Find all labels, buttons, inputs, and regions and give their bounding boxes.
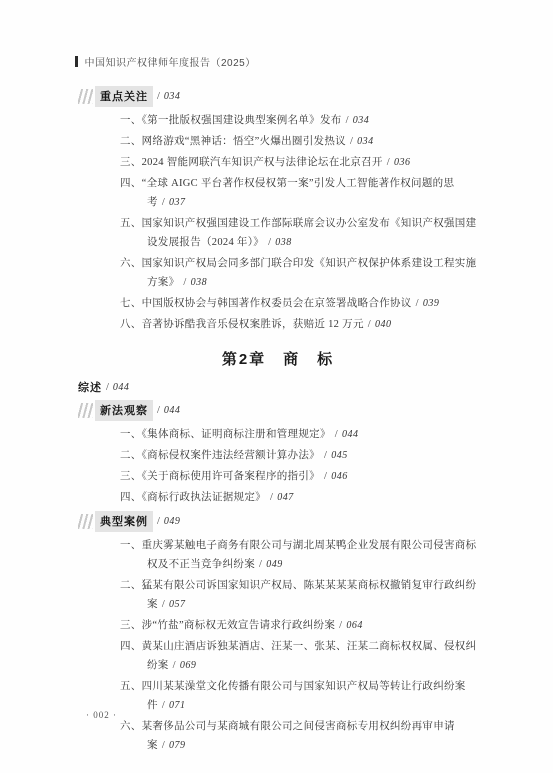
entry-separator: / — [162, 599, 165, 610]
entry-title: 猛某有限公司诉国家知识产权局、陈某某某某商标权撤销复审行政纠纷案 — [142, 580, 477, 610]
entry-page-number: 038 — [191, 277, 208, 288]
toc-entry: 一、《集体商标、证明商标注册和管理规定》/044 — [120, 425, 481, 444]
entry-title: 涉“竹盐”商标权无效宣告请求行政纠纷案 — [142, 620, 336, 631]
label-separator: / — [106, 382, 109, 393]
section-page-number: 049 — [164, 516, 181, 527]
entry-title: 四川某某澡堂文化传播有限公司与国家知识产权局等转让行政纠纷案件 — [142, 681, 466, 711]
entry-separator: / — [270, 492, 273, 503]
entry-number: 四、 — [120, 492, 142, 503]
entry-title: 中国版权协会与韩国著作权委员会在京签署战略合作协议 — [142, 298, 412, 309]
entry-separator: / — [335, 429, 338, 440]
toc-entry: 一、重庆雾某触电子商务有限公司与湖北周某鸭企业发展有限公司侵害商标权及不正当竞争… — [120, 536, 481, 574]
entry-number: 二、 — [120, 580, 142, 591]
section-focus-label-row: 重点关注 / 034 — [78, 88, 481, 105]
entry-page-number: 040 — [375, 319, 392, 330]
toc-entry: 一、《第一批版权强国建设典型案例名单》发布/034 — [120, 111, 481, 130]
entry-page-number: 046 — [331, 471, 348, 482]
toc-entry: 五、国家知识产权强国建设工作部际联席会议办公室发布《知识产权强国建设发展报告（2… — [120, 214, 481, 252]
overview-row: 综述 / 044 — [78, 379, 481, 395]
entry-separator: / — [350, 136, 353, 147]
entry-number: 五、 — [120, 681, 142, 692]
book-toc-page: 中国知识产权律师年度报告（2025） 重点关注 / 034 一、《第一批版权强国… — [0, 0, 553, 773]
toc-entry: 二、猛某有限公司诉国家知识产权局、陈某某某某商标权撤销复审行政纠纷案/057 — [120, 576, 481, 614]
entry-page-number: 044 — [342, 429, 359, 440]
entry-separator: / — [346, 115, 349, 126]
toc-entry: 四、《商标行政执法证据规定》/047 — [120, 488, 481, 507]
hatch-stripes-icon — [78, 89, 93, 104]
toc-entry: 四、“全球 AIGC 平台著作权侵权第一案”引发人工智能著作权问题的思考/037 — [120, 174, 481, 212]
entry-page-number: 039 — [423, 298, 440, 309]
entry-number: 三、 — [120, 471, 142, 482]
entry-page-number: 034 — [357, 136, 374, 147]
entry-number: 四、 — [120, 178, 142, 189]
entry-page-number: 057 — [169, 599, 186, 610]
entry-title: 音著协诉酷我音乐侵权案胜诉，获赔近 12 万元 — [142, 319, 364, 330]
toc-entry: 二、网络游戏“黑神话：悟空”火爆出圈引发热议/034 — [120, 132, 481, 151]
entry-number: 七、 — [120, 298, 142, 309]
label-separator: / — [157, 405, 160, 416]
section-newlaw-label-row: 新法观察 / 044 — [78, 402, 481, 419]
new-law-entry-list: 一、《集体商标、证明商标注册和管理规定》/044 二、《商标侵权案件违法经营额计… — [120, 425, 481, 507]
entry-separator: / — [339, 620, 342, 631]
entry-separator: / — [324, 450, 327, 461]
entry-number: 三、 — [120, 620, 142, 631]
entry-number: 一、 — [120, 429, 142, 440]
running-header: 中国知识产权律师年度报告（2025） — [75, 55, 481, 68]
cases-entry-list: 一、重庆雾某触电子商务有限公司与湖北周某鸭企业发展有限公司侵害商标权及不正当竞争… — [120, 536, 481, 755]
entry-title: 网络游戏“黑神话：悟空”火爆出圈引发热议 — [142, 136, 346, 147]
entry-number: 一、 — [120, 115, 142, 126]
section-page-number: 044 — [164, 405, 181, 416]
entry-separator: / — [368, 319, 371, 330]
section-page-number: 034 — [164, 91, 181, 102]
toc-entry: 四、黄某山庄酒店诉独某酒店、汪某一、张某、汪某二商标权权属、侵权纠纷案/069 — [120, 637, 481, 675]
entry-title: 2024 智能网联汽车知识产权与法律论坛在北京召开 — [142, 157, 383, 168]
entry-title: 国家知识产权强国建设工作部际联席会议办公室发布《知识产权强国建设发展报告（202… — [142, 218, 477, 248]
entry-page-number: 047 — [277, 492, 294, 503]
chapter-2-heading: 第2章 商 标 — [75, 348, 481, 369]
entry-separator: / — [162, 197, 165, 208]
entry-number: 一、 — [120, 540, 142, 551]
focus-entry-list: 一、《第一批版权强国建设典型案例名单》发布/034 二、网络游戏“黑神话：悟空”… — [120, 111, 481, 334]
entry-page-number: 045 — [331, 450, 348, 461]
toc-entry: 七、中国版权协会与韩国著作权委员会在京签署战略合作协议/039 — [120, 294, 481, 313]
entry-number: 八、 — [120, 319, 142, 330]
toc-entry: 三、涉“竹盐”商标权无效宣告请求行政纠纷案/064 — [120, 616, 481, 635]
entry-page-number: 071 — [169, 700, 186, 711]
page-content: 中国知识产权律师年度报告（2025） 重点关注 / 034 一、《第一批版权强国… — [75, 55, 481, 757]
entry-number: 四、 — [120, 641, 142, 652]
entry-page-number: 064 — [346, 620, 363, 631]
entry-separator: / — [173, 660, 176, 671]
entry-title: 《商标行政执法证据规定》 — [142, 492, 266, 503]
toc-entry: 二、《商标侵权案件违法经营额计算办法》/045 — [120, 446, 481, 465]
entry-number: 五、 — [120, 218, 142, 229]
overview-page-number: 044 — [113, 382, 130, 393]
entry-page-number: 034 — [353, 115, 370, 126]
section-label-focus: 重点关注 — [95, 86, 153, 107]
entry-page-number: 049 — [266, 559, 283, 570]
entry-title: 《商标侵权案件违法经营额计算办法》 — [142, 450, 320, 461]
entry-number: 三、 — [120, 157, 142, 168]
entry-page-number: 038 — [275, 237, 292, 248]
toc-entry: 六、某奢侈品公司与某商城有限公司之间侵害商标专用权纠纷再审申请案/079 — [120, 717, 481, 755]
section-label-new-law: 新法观察 — [95, 400, 153, 421]
entry-number: 二、 — [120, 136, 142, 147]
hatch-stripes-icon — [78, 514, 93, 529]
entry-page-number: 036 — [394, 157, 411, 168]
toc-entry: 三、《关于商标使用许可备案程序的指引》/046 — [120, 467, 481, 486]
entry-separator: / — [324, 471, 327, 482]
entry-title: 重庆雾某触电子商务有限公司与湖北周某鸭企业发展有限公司侵害商标权及不正当竞争纠纷… — [142, 540, 477, 570]
section-label-cases: 典型案例 — [95, 511, 153, 532]
entry-separator: / — [162, 700, 165, 711]
section-cases-label-row: 典型案例 / 049 — [78, 513, 481, 530]
overview-label: 综述 — [78, 379, 102, 395]
entry-separator: / — [268, 237, 271, 248]
toc-entry: 三、2024 智能网联汽车知识产权与法律论坛在北京召开/036 — [120, 153, 481, 172]
entry-number: 六、 — [120, 721, 142, 732]
report-title: 中国知识产权律师年度报告（2025） — [85, 54, 256, 69]
entry-title: “全球 AIGC 平台著作权侵权第一案”引发人工智能著作权问题的思考 — [142, 178, 455, 208]
label-separator: / — [157, 91, 160, 102]
entry-separator: / — [259, 559, 262, 570]
entry-number: 二、 — [120, 450, 142, 461]
entry-number: 六、 — [120, 258, 142, 269]
footer-page-number: · 002 · — [86, 710, 117, 720]
toc-entry: 五、四川某某澡堂文化传播有限公司与国家知识产权局等转让行政纠纷案件/071 — [120, 677, 481, 715]
toc-entry: 八、音著协诉酷我音乐侵权案胜诉，获赔近 12 万元/040 — [120, 315, 481, 334]
entry-page-number: 069 — [180, 660, 197, 671]
entry-title: 某奢侈品公司与某商城有限公司之间侵害商标专用权纠纷再审申请案 — [142, 721, 455, 751]
entry-title: 《第一批版权强国建设典型案例名单》发布 — [142, 115, 342, 126]
entry-separator: / — [387, 157, 390, 168]
entry-separator: / — [416, 298, 419, 309]
entry-title: 《关于商标使用许可备案程序的指引》 — [142, 471, 320, 482]
entry-separator: / — [162, 740, 165, 751]
entry-page-number: 037 — [169, 197, 186, 208]
label-separator: / — [157, 516, 160, 527]
entry-separator: / — [183, 277, 186, 288]
header-bar-icon — [75, 56, 78, 67]
entry-page-number: 079 — [169, 740, 186, 751]
hatch-stripes-icon — [78, 403, 93, 418]
toc-entry: 六、国家知识产权局会同多部门联合印发《知识产权保护体系建设工程实施方案》/038 — [120, 254, 481, 292]
entry-title: 《集体商标、证明商标注册和管理规定》 — [142, 429, 331, 440]
